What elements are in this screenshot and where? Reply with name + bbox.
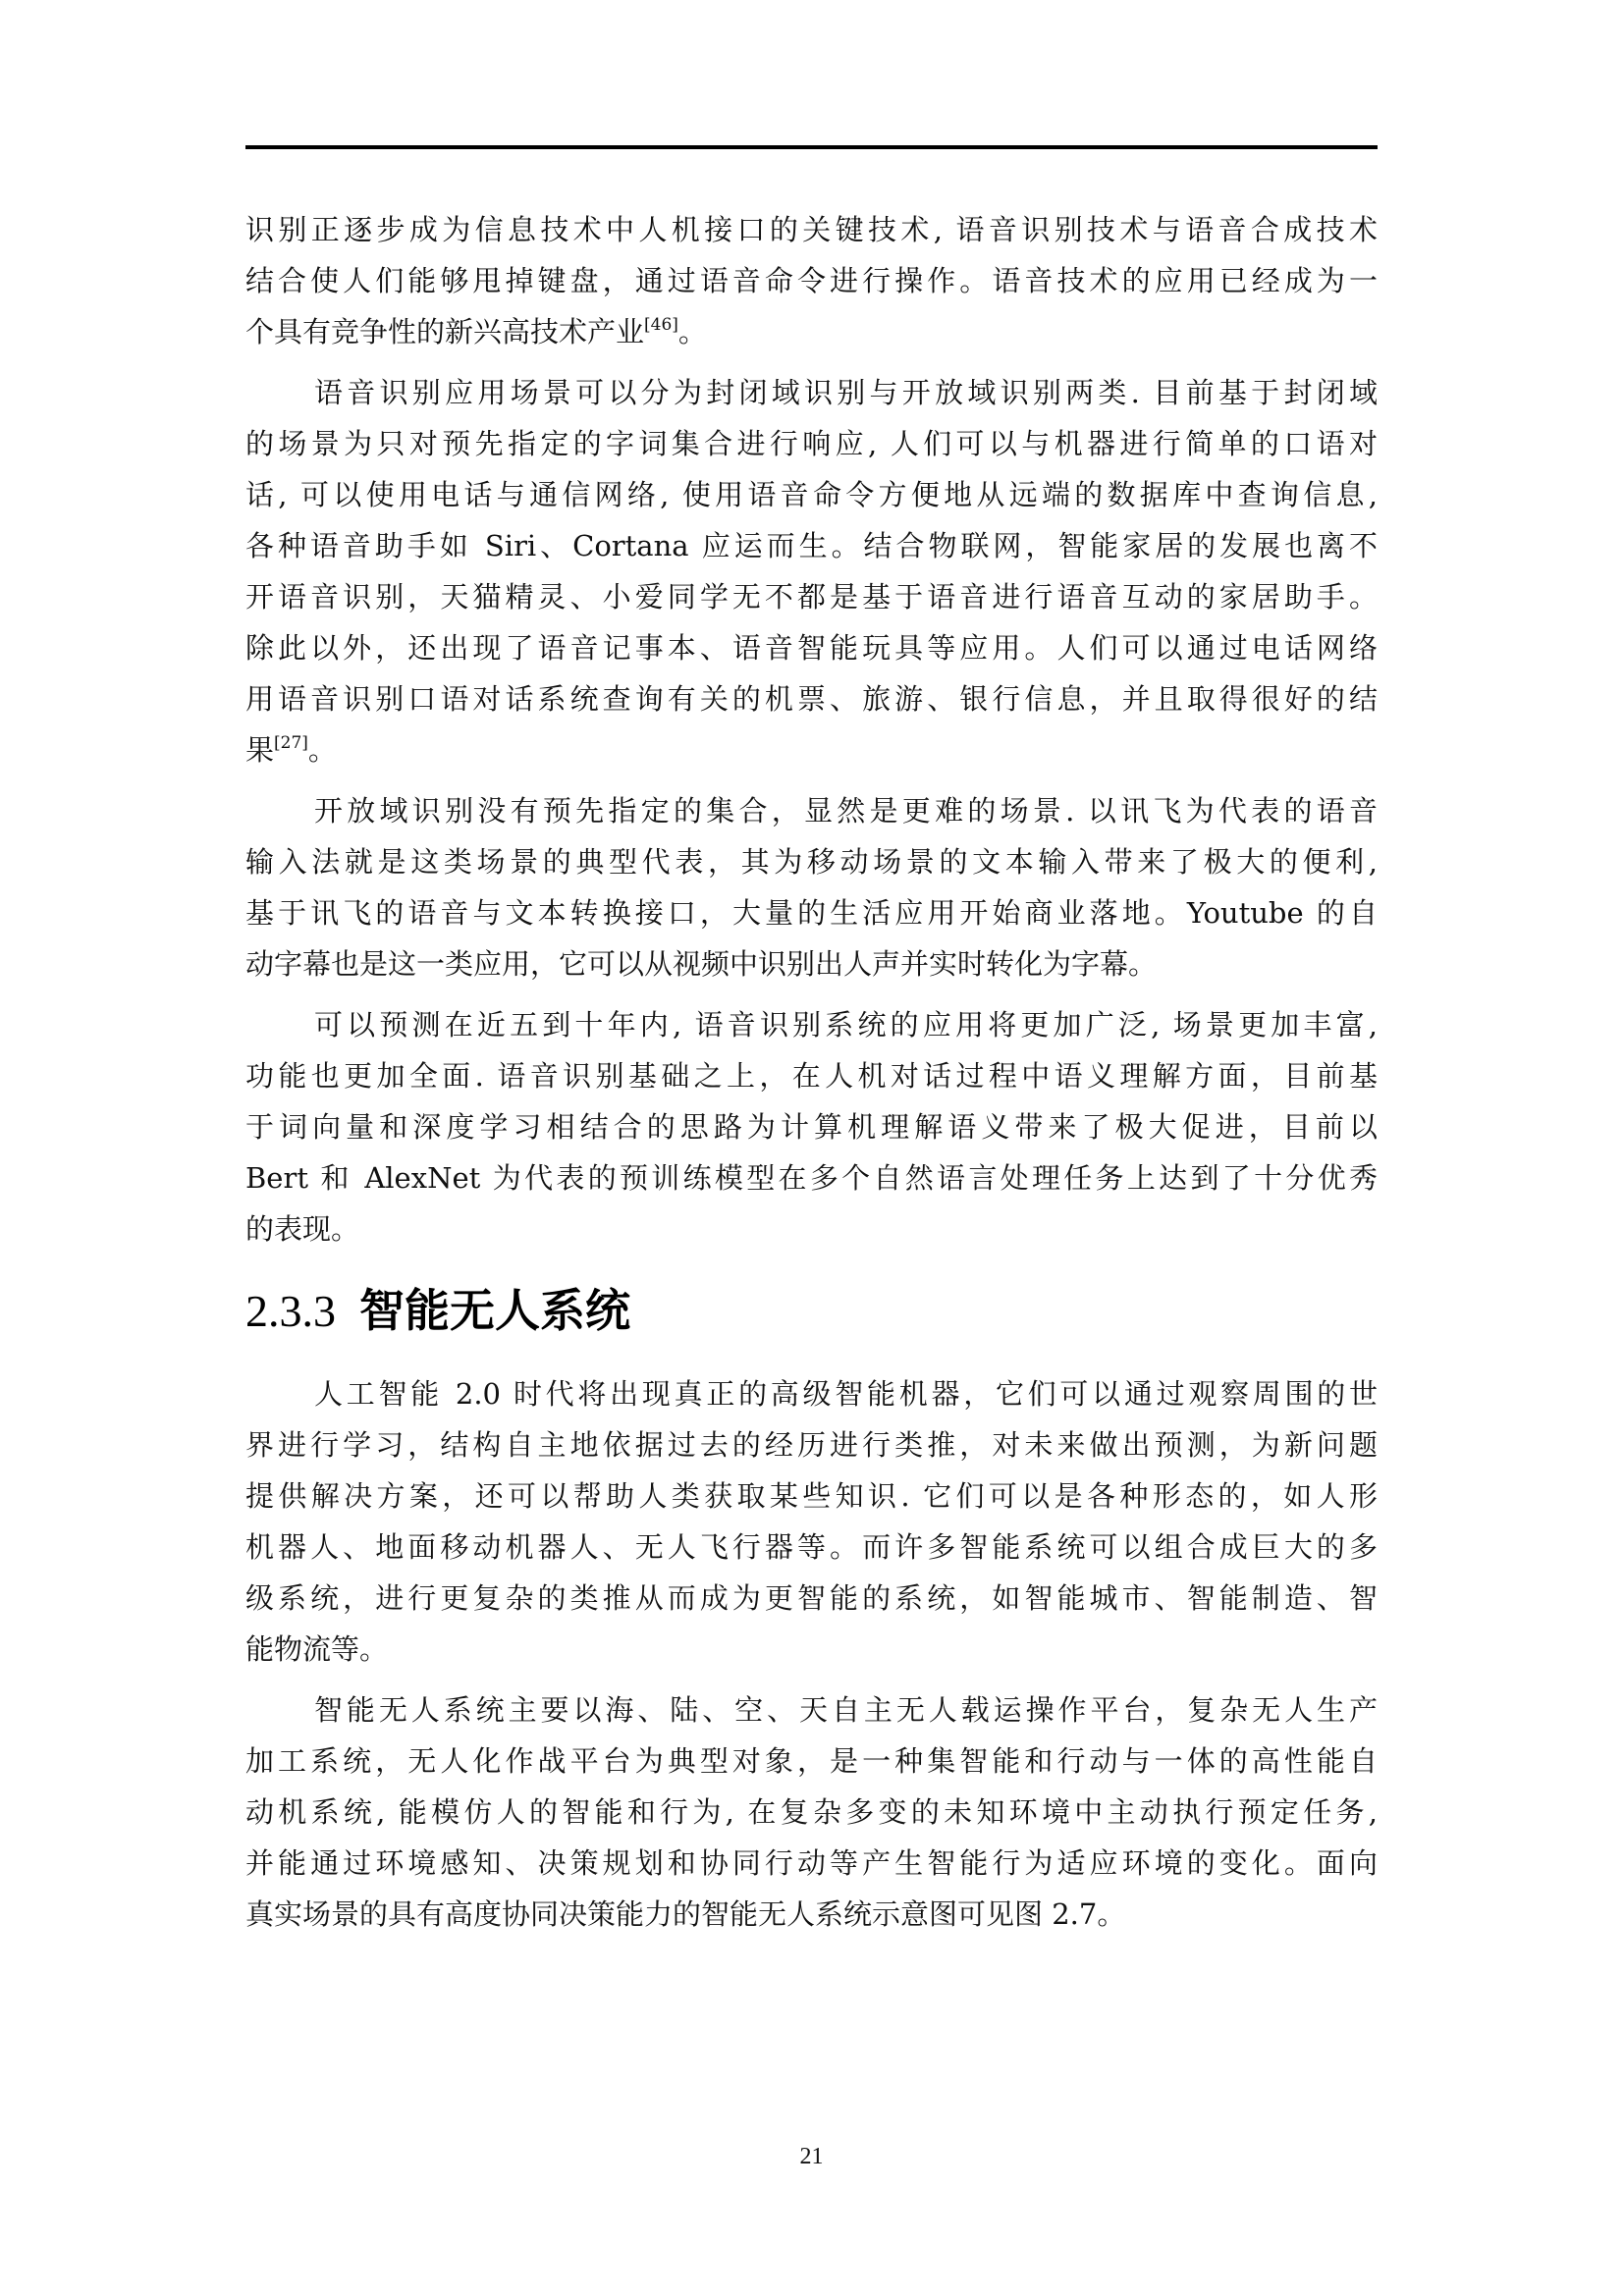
text-line: 人工智能 2.0 时代将出现真正的高级智能机器，它们可以通过观察周围的世 (245, 1368, 1378, 1419)
text-line: 果[27]。 (245, 724, 1378, 775)
text-span: 。 (678, 315, 707, 348)
text-line: Bert 和 AlexNet 为代表的预训练模型在多个自然语言处理任务上达到了十… (245, 1152, 1378, 1203)
text-line: 语音识别应用场景可以分为封闭域识别与开放域识别两类. 目前基于封闭域 (245, 367, 1378, 418)
text-line: 输入法就是这类场景的典型代表，其为移动场景的文本输入带来了极大的便利, (245, 836, 1378, 887)
citation: [27] (274, 733, 308, 753)
text-line: 开语音识别，天猫精灵、小爱同学无不都是基于语音进行语音互动的家居助手。 (245, 571, 1378, 622)
citation: [46] (644, 315, 678, 335)
text-line: 动机系统, 能模仿人的智能和行为, 在复杂多变的未知环境中主动执行预定任务, (245, 1787, 1378, 1838)
section-number: 2.3.3 (245, 1286, 336, 1336)
text-line: 真实场景的具有高度协同决策能力的智能无人系统示意图可见图 2.7。 (245, 1889, 1378, 1940)
text-line: 的场景为只对预先指定的字词集合进行响应, 人们可以与机器进行简单的口语对 (245, 418, 1378, 469)
text-line: 识别正逐步成为信息技术中人机接口的关键技术, 语音识别技术与语音合成技术 (245, 204, 1378, 255)
text-line: 的表现。 (245, 1203, 1378, 1255)
page-number: 21 (0, 2142, 1623, 2171)
text-line: 于词向量和深度学习相结合的思路为计算机理解语义带来了极大促进，目前以 (245, 1101, 1378, 1152)
header-rule (245, 145, 1378, 149)
text-line: 智能无人系统主要以海、陆、空、天自主无人载运操作平台，复杂无人生产 (245, 1684, 1378, 1735)
text-line: 界进行学习，结构自主地依据过去的经历进行类推，对未来做出预测，为新问题 (245, 1419, 1378, 1470)
section-heading: 2.3.3智能无人系统 (245, 1276, 630, 1345)
text-line: 级系统，进行更复杂的类推从而成为更智能的系统，如智能城市、智能制造、智 (245, 1573, 1378, 1624)
section-title: 智能无人系统 (359, 1284, 630, 1337)
text-span: 果 (245, 733, 274, 767)
text-line: 结合使人们能够甩掉键盘，通过语音命令进行操作。语音技术的应用已经成为一 (245, 255, 1378, 306)
text-line: 并能通过环境感知、决策规划和协同行动等产生智能行为适应环境的变化。面向 (245, 1838, 1378, 1889)
text-line: 加工系统，无人化作战平台为典型对象，是一种集智能和行动与一体的高性能自 (245, 1735, 1378, 1787)
text-line: 各种语音助手如 Siri、Cortana 应运而生。结合物联网，智能家居的发展也… (245, 520, 1378, 571)
text-line: 能物流等。 (245, 1624, 1378, 1675)
text-line: 用语音识别口语对话系统查询有关的机票、旅游、银行信息，并且取得很好的结 (245, 673, 1378, 724)
text-line: 开放域识别没有预先指定的集合，显然是更难的场景. 以讯飞为代表的语音 (245, 785, 1378, 836)
text-line: 个具有竞争性的新兴高技术产业[46]。 (245, 306, 1378, 357)
text-line: 除此以外，还出现了语音记事本、语音智能玩具等应用。人们可以通过电话网络 (245, 622, 1378, 673)
text-line: 可以预测在近五到十年内, 语音识别系统的应用将更加广泛, 场景更加丰富, (245, 999, 1378, 1050)
text-line: 基于讯飞的语音与文本转换接口，大量的生活应用开始商业落地。Youtube 的自 (245, 887, 1378, 938)
text-span: 个具有竞争性的新兴高技术产业 (245, 315, 644, 348)
text-line: 话, 可以使用电话与通信网络, 使用语音命令方便地从远端的数据库中查询信息, (245, 469, 1378, 520)
text-line: 机器人、地面移动机器人、无人飞行器等。而许多智能系统可以组合成巨大的多 (245, 1522, 1378, 1573)
text-line: 功能也更加全面. 语音识别基础之上，在人机对话过程中语义理解方面，目前基 (245, 1050, 1378, 1101)
text-line: 提供解决方案，还可以帮助人类获取某些知识. 它们可以是各种形态的，如人形 (245, 1470, 1378, 1522)
text-span: 。 (308, 733, 337, 767)
text-line: 动字幕也是这一类应用，它可以从视频中识别出人声并实时转化为字幕。 (245, 938, 1378, 989)
